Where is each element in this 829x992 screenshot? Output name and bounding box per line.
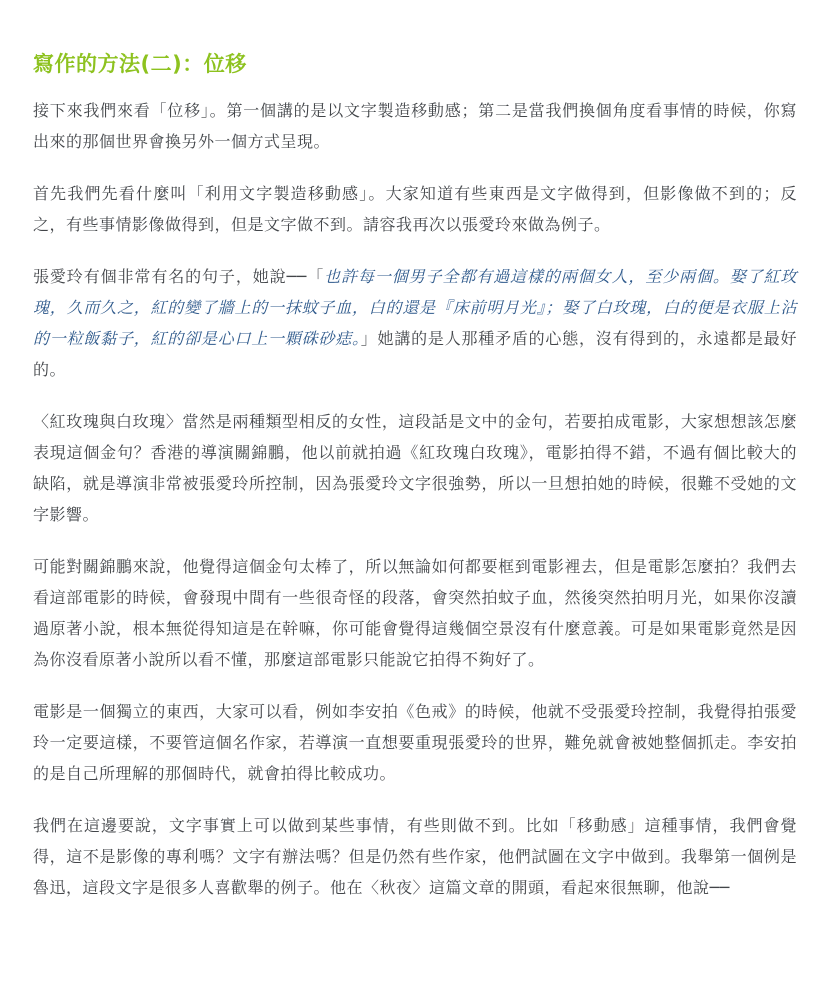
paragraph: 接下來我們來看「位移」。第一個講的是以文字製造移動感；第二是當我們換個角度看事情… — [33, 95, 797, 157]
document-body: 接下來我們來看「位移」。第一個講的是以文字製造移動感；第二是當我們換個角度看事情… — [33, 95, 797, 903]
body-text: 首先我們先看什麼叫「利用文字製造移動感」。大家知道有些東西是文字做得到，但影像做… — [33, 184, 797, 234]
page-title: 寫作的方法(二)：位移 — [33, 50, 797, 78]
body-text: 〈紅玫瑰與白玫瑰〉當然是兩種類型相反的女性，這段話是文中的金句，若要拍成電影，大… — [33, 412, 797, 524]
paragraph: 首先我們先看什麼叫「利用文字製造移動感」。大家知道有些東西是文字做得到，但影像做… — [33, 178, 797, 240]
paragraph: 張愛玲有個非常有名的句子，她說──「也許每一個男子全都有過這樣的兩個女人，至少兩… — [33, 261, 797, 385]
body-text: 我們在這邊要說，文字事實上可以做到某些事情，有些則做不到。比如「移動感」這種事情… — [33, 816, 797, 897]
paragraph: 可能對關錦鵬來說，他覺得這個金句太棒了，所以無論如何都要框到電影裡去，但是電影怎… — [33, 551, 797, 675]
paragraph: 電影是一個獨立的東西，大家可以看，例如李安拍《色戒》的時候，他就不受張愛玲控制，… — [33, 696, 797, 789]
body-text: 電影是一個獨立的東西，大家可以看，例如李安拍《色戒》的時候，他就不受張愛玲控制，… — [33, 702, 797, 783]
body-text: 接下來我們來看「位移」。第一個講的是以文字製造移動感；第二是當我們換個角度看事情… — [33, 101, 797, 151]
paragraph: 〈紅玫瑰與白玫瑰〉當然是兩種類型相反的女性，這段話是文中的金句，若要拍成電影，大… — [33, 406, 797, 530]
body-text: 張愛玲有個非常有名的句子，她說──「 — [33, 267, 324, 286]
paragraph: 我們在這邊要說，文字事實上可以做到某些事情，有些則做不到。比如「移動感」這種事情… — [33, 810, 797, 903]
document-page: 寫作的方法(二)：位移 接下來我們來看「位移」。第一個講的是以文字製造移動感；第… — [0, 0, 829, 992]
body-text: 可能對關錦鵬來說，他覺得這個金句太棒了，所以無論如何都要框到電影裡去，但是電影怎… — [33, 557, 797, 669]
